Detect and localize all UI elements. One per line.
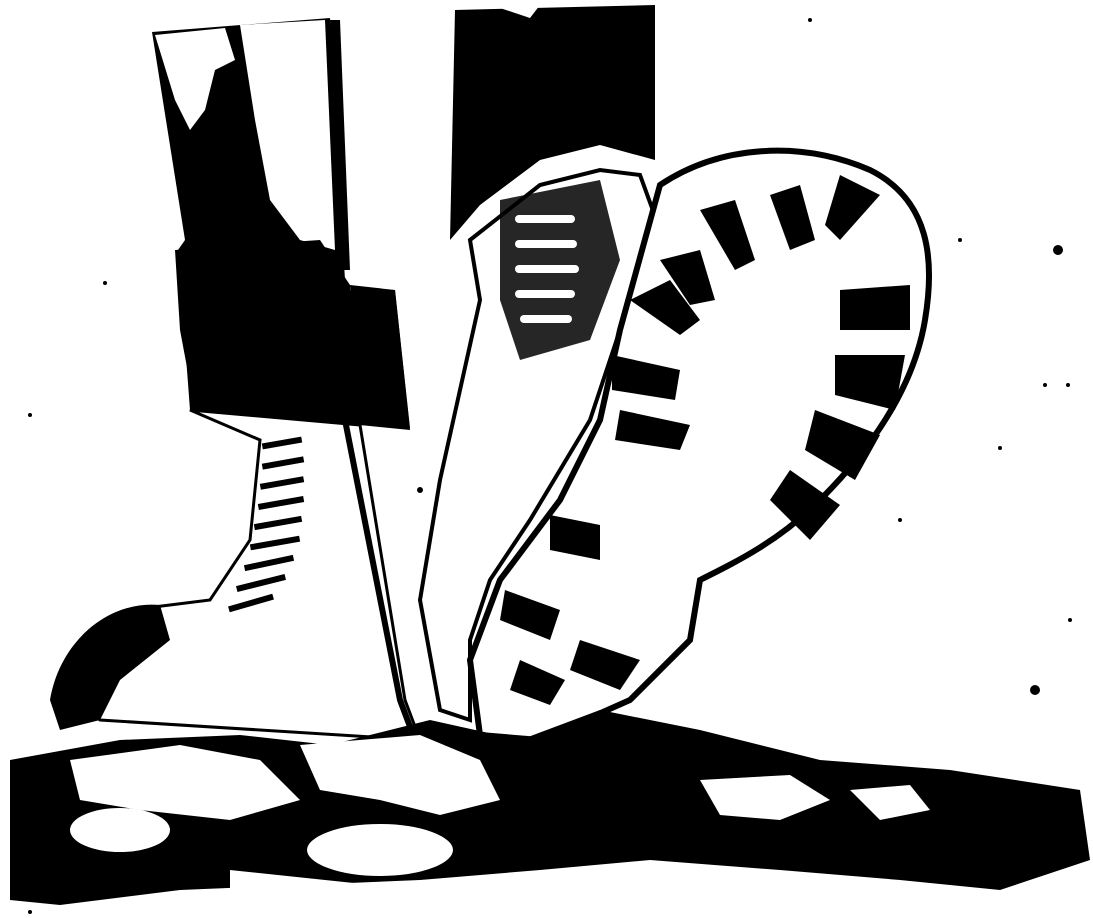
left-boot bbox=[50, 18, 420, 740]
right-boot bbox=[420, 5, 929, 740]
boots-illustration bbox=[0, 0, 1093, 918]
ground bbox=[10, 710, 1090, 918]
boots-artwork bbox=[0, 0, 1093, 918]
